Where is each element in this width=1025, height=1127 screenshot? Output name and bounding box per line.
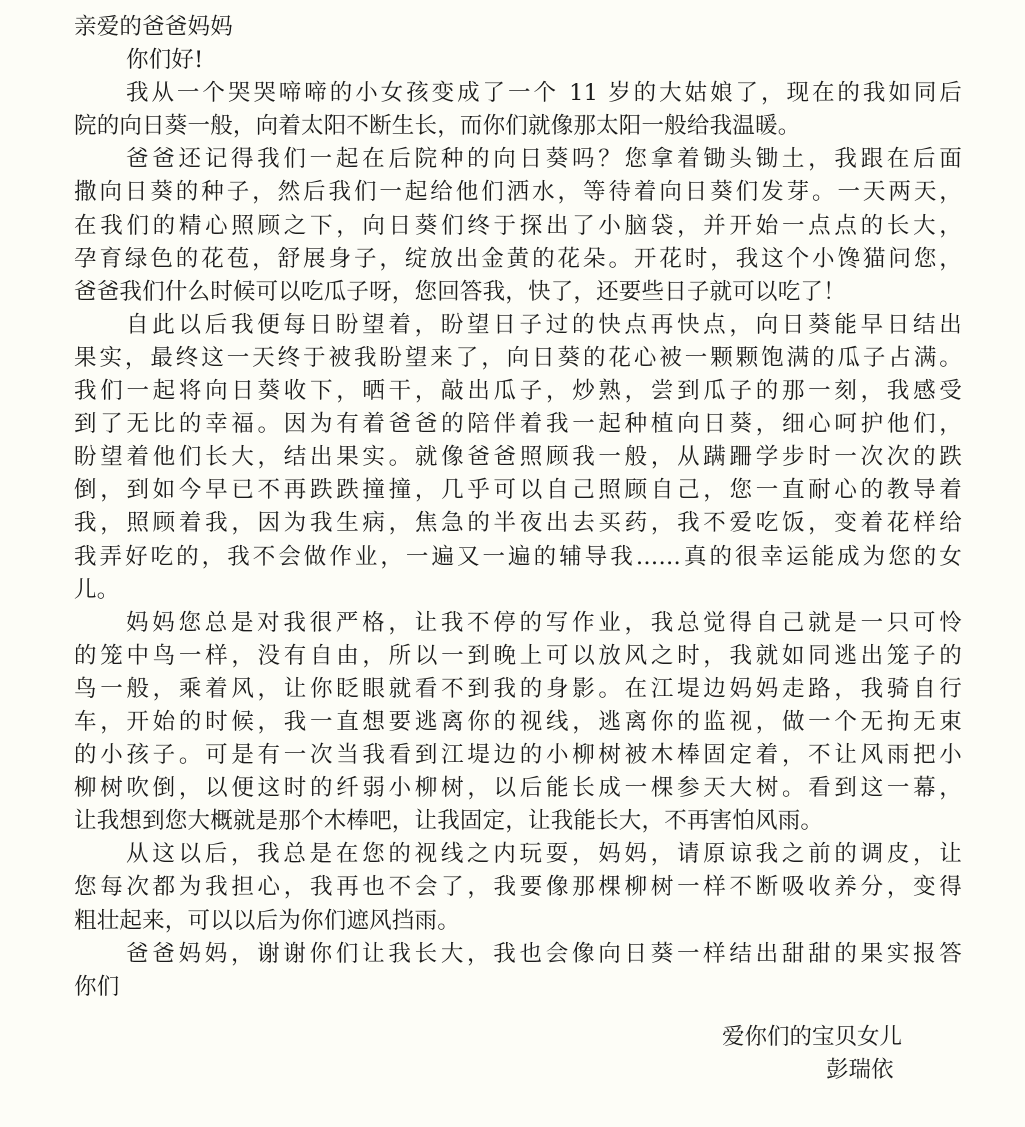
paragraph-line: 车，开始的时候，我一直想要逃离你的视线，逃离你的监视，做一个无拘无束 <box>74 706 962 739</box>
paragraph-line: 爸爸还记得我们一起在后院种的向日葵吗？您拿着锄头锄土，我跟在后面 <box>74 143 962 176</box>
paragraph-1: 我从一个哭哭啼啼的小女孩变成了一个 11 岁的大姑娘了，现在的我如同后 院的向日… <box>74 77 962 143</box>
paragraph-line: 孕育绿色的花苞，舒展身子，绽放出金黄的花朵。开花时，我这个小馋猫问您， <box>74 243 962 276</box>
paragraph-5: 从这以后，我总是在您的视线之内玩耍，妈妈，请原谅我之前的调皮，让 您每次都为我担… <box>74 838 962 937</box>
paragraph-line: 的小孩子。可是有一次当我看到江堤边的小柳树被木棒固定着，不让风雨把小 <box>74 739 962 772</box>
paragraph-line: 你们 <box>74 971 962 1004</box>
paragraph-line: 粗壮起来，可以以后为你们遮风挡雨。 <box>74 905 962 938</box>
paragraph-line: 让我想到您大概就是那个木棒吧，让我固定，让我能长大，不再害怕风雨。 <box>74 805 962 838</box>
paragraph-line: 您每次都为我担心，我再也不会了，我要像那棵柳树一样不断吸收养分，变得 <box>74 871 962 904</box>
paragraph-line: 果实，最终这一天终于被我盼望来了，向日葵的花心被一颗颗饱满的瓜子占满。 <box>74 342 962 375</box>
signature-name: 彭瑞依 <box>722 1054 902 1087</box>
paragraph-line: 到了无比的幸福。因为有着爸爸的陪伴着我一起种植向日葵，细心呵护他们， <box>74 408 962 441</box>
greeting: 你们好! <box>74 44 962 77</box>
signoff: 爱你们的宝贝女儿 彭瑞依 <box>722 1021 902 1087</box>
paragraph-line: 撒向日葵的种子，然后我们一起给他们洒水，等待着向日葵们发芽。一天两天， <box>74 176 962 209</box>
paragraph-line: 盼望着他们长大，结出果实。就像爸爸照顾我一般，从蹒跚学步时一次次的跌 <box>74 441 962 474</box>
paragraph-line: 爸爸妈妈，谢谢你们让我长大，我也会像向日葵一样结出甜甜的果实报答 <box>74 938 962 971</box>
paragraph-line: 院的向日葵一般，向着太阳不断生长，而你们就像那太阳一般给我温暖。 <box>74 110 962 143</box>
paragraph-2: 爸爸还记得我们一起在后院种的向日葵吗？您拿着锄头锄土，我跟在后面 撒向日葵的种子… <box>74 143 962 308</box>
closing-line: 爱你们的宝贝女儿 <box>722 1024 902 1050</box>
paragraph-line: 的笼中鸟一样，没有自由，所以一到晚上可以放风之时，我就如同逃出笼子的 <box>74 640 962 673</box>
paragraph-line: 从这以后，我总是在您的视线之内玩耍，妈妈，请原谅我之前的调皮，让 <box>74 838 962 871</box>
paragraph-3: 自此以后我便每日盼望着，盼望日子过的快点再快点，向日葵能早日结出 果实，最终这一… <box>74 309 962 607</box>
paragraph-line: 我们一起将向日葵收下，晒干，敲出瓜子，炒熟，尝到瓜子的那一刻，我感受 <box>74 375 962 408</box>
paragraph-line: 爸爸我们什么时候可以吃瓜子呀，您回答我，快了，还要些日子就可以吃了！ <box>74 276 962 309</box>
paragraph-line: 倒，到如今早已不再跌跌撞撞，几乎可以自己照顾自己，您一直耐心的教导着 <box>74 474 962 507</box>
paragraph-line: 妈妈您总是对我很严格，让我不停的写作业，我总觉得自己就是一只可怜 <box>74 607 962 640</box>
paragraph-6: 爸爸妈妈，谢谢你们让我长大，我也会像向日葵一样结出甜甜的果实报答 你们 <box>74 938 962 1004</box>
paragraph-line: 柳树吹倒，以便这时的纤弱小柳树，以后能长成一棵参天大树。看到这一幕， <box>74 772 962 805</box>
letter-body: 亲爱的爸爸妈妈 你们好! 我从一个哭哭啼啼的小女孩变成了一个 11 岁的大姑娘了… <box>74 11 962 1004</box>
paragraph-line: 自此以后我便每日盼望着，盼望日子过的快点再快点，向日葵能早日结出 <box>74 309 962 342</box>
paragraph-4: 妈妈您总是对我很严格，让我不停的写作业，我总觉得自己就是一只可怜 的笼中鸟一样，… <box>74 607 962 839</box>
paragraph-line: 我弄好吃的，我不会做作业，一遍又一遍的辅导我……真的很幸运能成为您的女 <box>74 541 962 574</box>
paragraph-line: 我，照顾着我，因为我生病，焦急的半夜出去买药，我不爱吃饭，变着花样给 <box>74 507 962 540</box>
paragraph-line: 在我们的精心照顾之下，向日葵们终于探出了小脑袋，并开始一点点的长大， <box>74 210 962 243</box>
paragraph-line: 儿。 <box>74 574 962 607</box>
paragraph-line: 鸟一般，乘着风，让你眨眼就看不到我的身影。在江堤边妈妈走路，我骑自行 <box>74 673 962 706</box>
salutation: 亲爱的爸爸妈妈 <box>74 11 962 44</box>
paragraph-line: 我从一个哭哭啼啼的小女孩变成了一个 11 岁的大姑娘了，现在的我如同后 <box>74 77 962 110</box>
